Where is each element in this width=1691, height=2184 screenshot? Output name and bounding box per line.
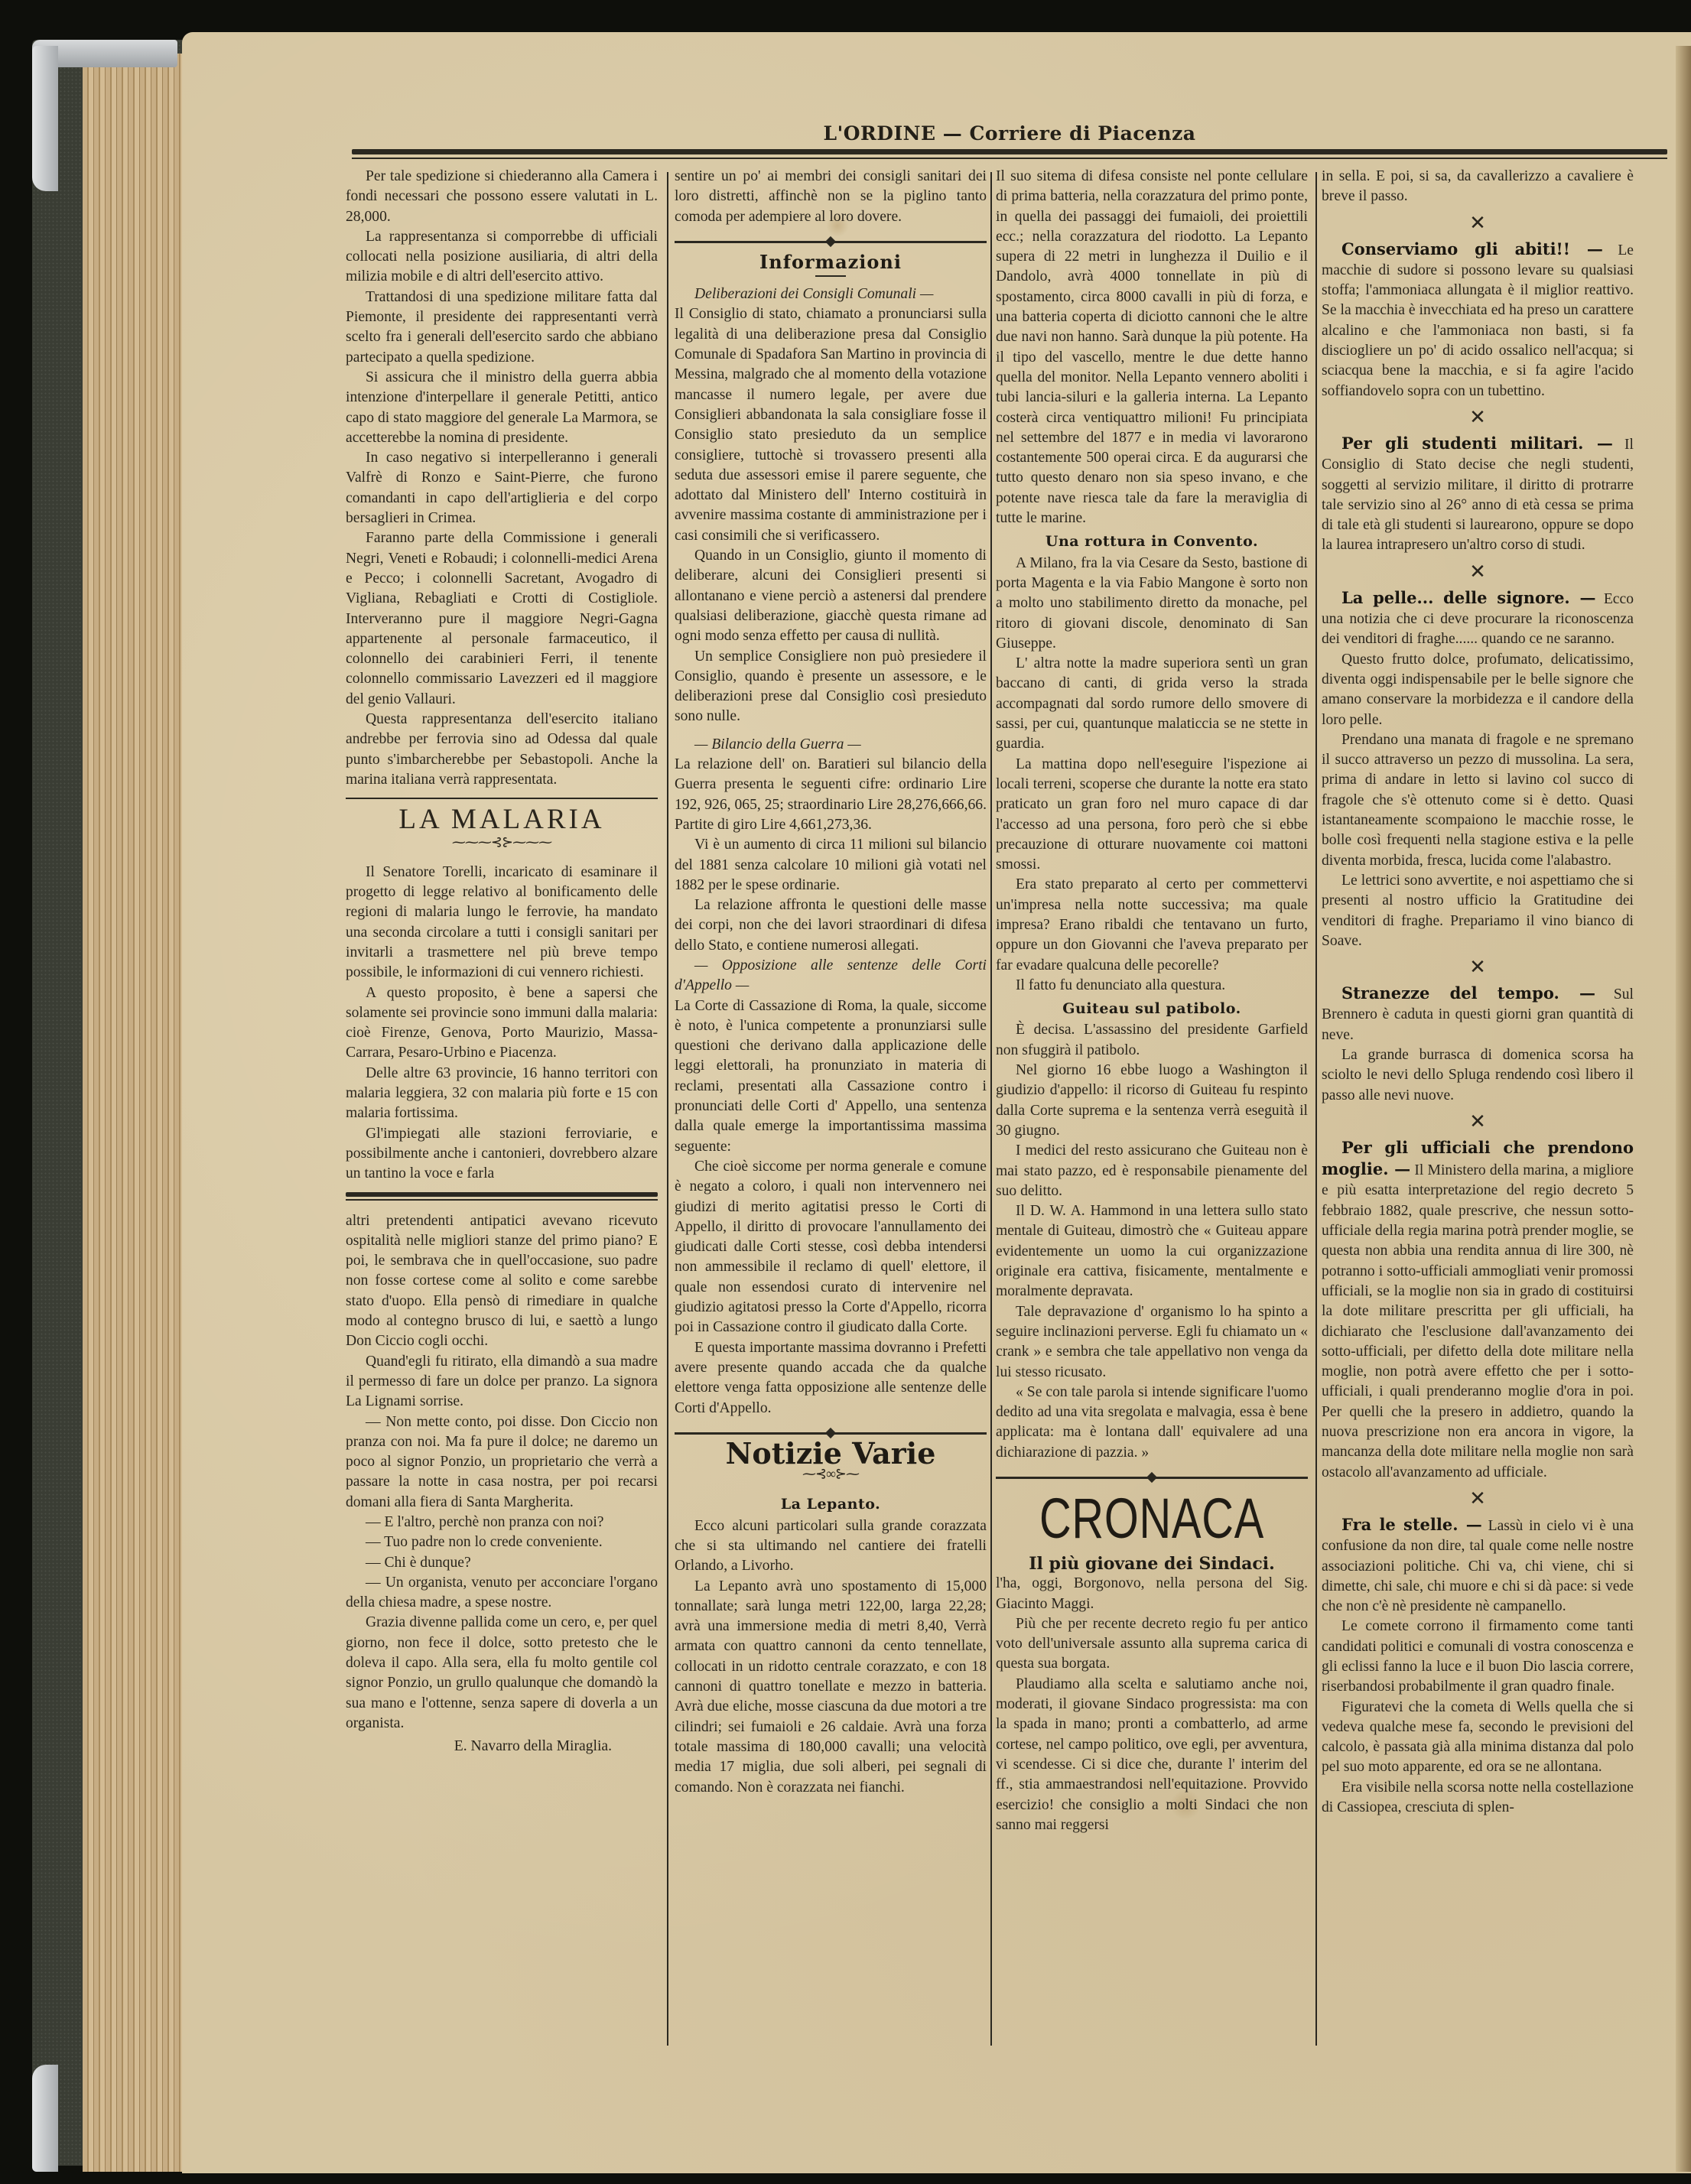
x-separator-icon: ✕ [1322, 1487, 1634, 1510]
paragraph: Il fatto fu denunciato alla questura. [996, 976, 1308, 996]
section-title-informazioni: Informazioni [675, 252, 987, 272]
paragraph: Quand'egli fu ritirato, ella dimandò a s… [346, 1352, 658, 1412]
paragraph: Trattandosi di una spedizione militare f… [346, 288, 658, 368]
paragraph: Prendano una manata di fragole e ne spre… [1322, 730, 1634, 871]
column-rule [990, 172, 992, 2046]
article-title-convento: Una rottura in Convento. [996, 531, 1308, 551]
paragraph: Il D. W. A. Hammond in una lettera sullo… [996, 1201, 1308, 1302]
paragraph: Grazia divenne pallida come un cero, e, … [346, 1613, 658, 1734]
metal-corner-side [32, 46, 58, 191]
paragraph: La relazione dell' on. Baratieri sul bil… [675, 755, 987, 835]
paragraph: Quando in un Consiglio, giunto il moment… [675, 546, 987, 646]
paragraph: La rappresentanza si comporrebbe di uffi… [346, 227, 658, 288]
paragraph: La grande burrasca di domenica scorsa ha… [1322, 1045, 1634, 1106]
paragraph: Plaudiamo alla scelta e salutiamo anche … [996, 1675, 1308, 1835]
title-dash [815, 275, 846, 277]
column-1: Per tale spedizione si chiederanno alla … [346, 167, 658, 1757]
x-separator-icon: ✕ [1322, 956, 1634, 979]
masthead-rule [352, 149, 1667, 154]
section-title-notizie-varie: Notizie Varie [675, 1444, 987, 1464]
page-edges [83, 54, 186, 2172]
paragraph: « Se con tale parola si intende signific… [996, 1383, 1308, 1463]
paragraph: — E l'altro, perchè non pranza con noi? [346, 1513, 658, 1532]
paragraph: Le macchie di sudore si possono levare s… [1322, 242, 1634, 399]
article-title-guiteau: Guiteau sul patibolo. [996, 999, 1308, 1019]
paragraph: La Lepanto avrà uno spostamento di 15,00… [675, 1577, 987, 1798]
paragraph: sentire un po' ai membri dei consigli sa… [675, 167, 987, 227]
paragraph: È decisa. L'assassino del presidente Gar… [996, 1020, 1308, 1061]
paragraph: L' altra notte la madre superiora sentì … [996, 654, 1308, 754]
page-right-edge [1676, 46, 1691, 2172]
paragraph: Era visibile nella scorsa notte nella co… [1322, 1778, 1634, 1818]
masthead-title: L'ORDINE — Corriere di Piacenza [352, 122, 1667, 145]
paragraph: La relazione affronta le questioni delle… [675, 895, 987, 956]
paragraph: Le comete corrono il firmamento come tan… [1322, 1617, 1634, 1697]
paragraph: Tale depravazione d' organismo lo ha spi… [996, 1302, 1308, 1383]
paragraph: Un semplice Consigliere non può presiede… [675, 647, 987, 727]
paragraph: Figuratevi che la cometa di Wells quella… [1322, 1698, 1634, 1778]
paragraph: Ecco alcuni particolari sulla grande cor… [675, 1516, 987, 1577]
item-title: — Bilancio della Guerra — [694, 736, 861, 752]
section-rule [675, 1432, 987, 1435]
item-title: Per gli studenti militari. — [1341, 434, 1613, 453]
x-separator-icon: ✕ [1322, 561, 1634, 583]
column-2: sentire un po' ai membri dei consigli sa… [675, 167, 987, 1798]
paragraph: E questa importante massima dovranno i P… [675, 1338, 987, 1419]
paragraph: I medici del resto assicurano che Guitea… [996, 1141, 1308, 1201]
column-rule [1315, 172, 1317, 2046]
paragraph: — Chi è dunque? [346, 1553, 658, 1573]
paragraph: Questo frutto dolce, profumato, delicati… [1322, 650, 1634, 730]
feuilleton-rule [346, 1192, 658, 1197]
item-title: Fra le stelle. — [1341, 1515, 1482, 1534]
paragraph: Il Consiglio di Stato decise che negli s… [1322, 437, 1634, 553]
column-4: in sella. E poi, si sa, da cavallerizzo … [1322, 167, 1634, 1818]
masthead-rule-thin [352, 158, 1667, 159]
paragraph: Il Ministero della marina, a migliore e … [1322, 1162, 1634, 1480]
item-title: — Opposizione alle sentenze delle Corti … [675, 957, 987, 993]
item-title: La pelle... delle signore. — [1341, 588, 1596, 607]
article-title-malaria: LA MALARIA [346, 810, 658, 830]
column-3: Il suo sitema di difesa consiste nel pon… [996, 167, 1308, 1835]
paragraph: Era stato preparato al certo per commett… [996, 875, 1308, 975]
paragraph: La mattina dopo nell'eseguire l'ispezion… [996, 755, 1308, 876]
paragraph: Il Senatore Torelli, incaricato di esami… [346, 863, 658, 983]
section-rule [346, 798, 658, 799]
section-title-cronaca: CRONACA [1030, 1488, 1273, 1549]
paragraph: Le lettrici sono avvertite, e noi aspett… [1322, 871, 1634, 951]
article-title-lepanto: La Lepanto. [675, 1494, 987, 1514]
item-title: Deliberazioni dei Consigli Comunali — [694, 286, 933, 302]
paragraph: Vi è un aumento di circa 11 milioni sul … [675, 835, 987, 895]
paragraph: La Corte di Cassazione di Roma, la quale… [675, 996, 987, 1157]
paragraph: — Un organista, venuto per acconciare l'… [346, 1573, 658, 1614]
paragraph: A questo proposito, è bene a sapersi che… [346, 983, 658, 1064]
paragraph: Che cioè siccome per norma generale e co… [675, 1157, 987, 1338]
paragraph: Faranno parte della Commissione i genera… [346, 528, 658, 710]
paragraph: Si assicura che il ministro della guerra… [346, 368, 658, 448]
paragraph: In caso negativo si interpelleranno i ge… [346, 448, 658, 528]
column-rule [667, 172, 668, 2046]
paragraph: Nel giorno 16 ebbe luogo a Washington il… [996, 1061, 1308, 1141]
paragraph: A Milano, fra la via Cesare da Sesto, ba… [996, 554, 1308, 654]
x-separator-icon: ✕ [1322, 406, 1634, 429]
item-title: Stranezze del tempo. — [1341, 983, 1595, 1003]
section-rule [675, 241, 987, 243]
paragraph: Il suo sitema di difesa consiste nel pon… [996, 167, 1308, 528]
feuilleton-rule-thin [346, 1199, 658, 1201]
paragraph: Il Consiglio di stato, chiamato a pronun… [675, 304, 987, 546]
section-rule [996, 1477, 1308, 1479]
paragraph: Questa rappresentanza dell'esercito ital… [346, 710, 658, 790]
paragraph: in sella. E poi, si sa, da cavallerizzo … [1322, 167, 1634, 207]
paragraph: Più che per recente decreto regio fu per… [996, 1614, 1308, 1675]
paragraph: altri pretendenti antipatici avevano ric… [346, 1211, 658, 1352]
paragraph: Delle altre 63 provincie, 16 hanno terri… [346, 1064, 658, 1124]
flourish-ornament: ⁓⁓⁓⊰⊱⁓⁓⁓ [346, 832, 658, 852]
paragraph: Per tale spedizione si chiederanno alla … [346, 167, 658, 227]
paragraph: — Non mette conto, poi disse. Don Ciccio… [346, 1412, 658, 1513]
metal-corner-bottom [32, 2065, 58, 2172]
x-separator-icon: ✕ [1322, 1110, 1634, 1133]
paragraph: — Tuo padre non lo crede conveniente. [346, 1532, 658, 1552]
flourish-ornament: ⁓⊰∞⊱⁓ [675, 1464, 987, 1484]
paragraph: Gl'impiegati alle stazioni ferroviarie, … [346, 1124, 658, 1185]
article-title-sindaci: Il più giovane dei Sindaci. [996, 1554, 1308, 1574]
paragraph: l'ha, oggi, Borgonovo, nella persona del… [996, 1574, 1308, 1614]
item-title: Conserviamo gli abiti!! — [1341, 239, 1603, 258]
author-signature: E. Navarro della Miraglia. [346, 1737, 658, 1757]
x-separator-icon: ✕ [1322, 212, 1634, 235]
